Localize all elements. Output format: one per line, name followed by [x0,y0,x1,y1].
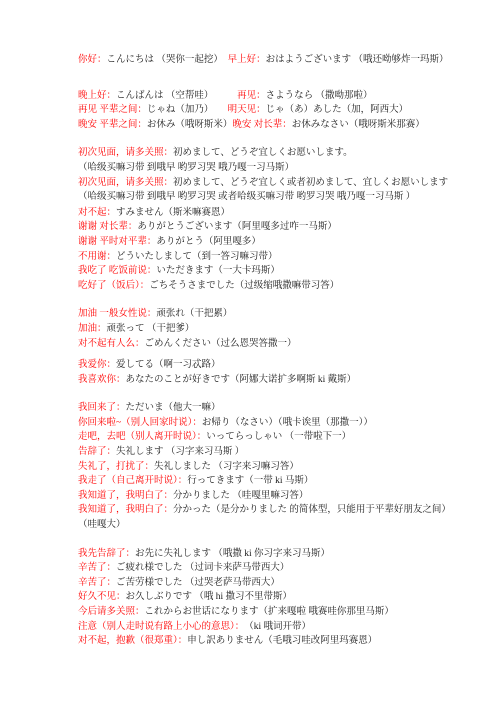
japanese-phonetic-text: 行ってきます（一带 ki 马斯） [187,476,313,486]
phrase-line: 注意（别人走时说有路上小心的意思）： （ki 哦词开带） [78,620,462,635]
japanese-phonetic-text: 分かった（是分かりました 的简体型，只能用于平辈好朋友之间） [173,505,451,515]
phrase-line: 吃好了（饭后）：ごちそうさまでした（过级缩哦撒嘛带习答） [78,279,462,294]
japanese-phonetic-text: ありがとう（阿里嘎多） [156,237,261,247]
phrase-line: 我爱你：爱してる（啊一习忒路） [78,358,462,373]
phrase-line: 加油：顽张って （干把爹） [78,322,462,337]
japanese-phonetic-text: 申し訳ありません（毛哦习哇改阿里玛赛恩） [187,636,377,646]
phrase-line: 对不起：すみません（斯米嘛赛恩） [78,206,462,221]
phrase-line: 告辞了：失礼します （习字来习马斯 ） [78,445,462,460]
japanese-phonetic-text: ごめんください（过么恩哭答撒一） [145,339,297,349]
japanese-phonetic-text: すみません（斯米嘛赛恩） [116,208,230,218]
chinese-label: 你好： [78,55,107,65]
japanese-phonetic-text: （ki 哦词开带） [240,622,312,632]
chinese-label: 我喜欢你： [78,375,126,385]
phrase-block: 加油 一般女性说：顽张れ（干把累）加油：顽张って （干把爹）对不起有人么：ごめん… [78,307,462,351]
chinese-label: 早上好： [228,55,266,65]
chinese-label: 晚安 平辈之间： [78,120,147,130]
japanese-phonetic-text: ごちそうさまでした（过级缩哦撒嘛带习答） [149,281,339,291]
japanese-phonetic-text: いただきます（一大卡玛斯） [156,266,280,276]
phrase-line: 晚上好：こんばんは （空帮哇） 再见：さようなら （撒呦那啦） [78,89,462,104]
phrase-block: 我先告辞了：お先に失礼します （哦撒 ki 你习字来习马斯）辛苦了：ご疲れ様でし… [78,547,462,649]
chinese-label: 初次见面，请多关照： [78,178,173,188]
chinese-label: 我爱你： [78,360,116,370]
phrase-line: 我知道了，我明白了：分かった（是分かりました 的简体型，只能用于平辈好朋友之间） [78,503,462,518]
phrase-line: 再见 平辈之间：じゃね（加乃） 明天见：じゃ（あ）あした（加，阿西大） [78,103,462,118]
japanese-phonetic-text: 初めまして、どうぞ宜しく或者初めまして、宜しくお愿いします [173,178,448,188]
chinese-label: 明天见： [228,105,266,115]
japanese-phonetic-text: こんばんは （空帮哇） [116,91,237,101]
chinese-label: 今后请多关照： [78,607,145,617]
japanese-phonetic-text: お休み（哦呀斯米） [147,120,233,130]
chinese-label: 你回来啦~（别人回家时说）： [78,418,202,428]
phrase-line: 好久不见：お久しぶりです （哦 hi 撒习不里带斯） [78,590,462,605]
phrase-line: 走吧，去吧（别人离开时说）：いってらっしゃい （一带啦下一） [78,430,462,445]
phrase-line: 初次见面，请多关照：初めまして、どうぞ宜しく或者初めまして、宜しくお愿いします [78,176,462,191]
chinese-label: 我走了（自己离开时说）： [78,476,187,486]
japanese-phonetic-text: ありがとうございます（阿里嘎多过咋一马斯） [137,222,337,232]
chinese-label: 辛苦了： [78,563,116,573]
chinese-label: 谢谢 平时对平辈： [78,237,156,247]
japanese-phonetic-text: あなたのことが好きです（阿娜大诺扩多啊斯 ki 戴斯） [126,375,357,385]
chinese-label: 我先告辞了： [78,549,135,559]
chinese-label: 再见 平辈之间： [78,105,147,115]
chinese-label: 我吃了 吃饭前说： [78,266,156,276]
phrase-line: （哈级买嘛习带 到哦早 哟罗习哭 或者哈级买嘛习带 哟罗习哭 哦乃嘎一习马斯 ） [78,190,462,205]
phrase-line: 辛苦了：ご疲れ様でした （过词卡来萨马带西大） [78,561,462,576]
phrase-line: 我喜欢你：あなたのことが好きです（阿娜大诺扩多啊斯 ki 戴斯） [78,373,462,388]
chinese-label: 对不起，抱歉（很郑重）： [78,636,187,646]
japanese-phonetic-text: どういたしまして（到一答习嘛习带） [116,252,278,262]
japanese-phonetic-text: 初めまして、どうぞ宜しくお愿いします。 [173,148,353,158]
document-page: 你好：こんにちは （哭你一起挖） 早上好：おはようございます （哦还呦够炸一玛斯… [0,0,500,707]
phrase-line: 我知道了，我明白了：分かりました （哇嘎里嘛习答） [78,489,462,504]
japanese-phonetic-text: じゃね（加乃） [147,105,228,115]
phrase-block: 初次见面，请多关照：初めまして、どうぞ宜しくお愿いします。（哈级买嘛习带 到哦早… [78,146,462,204]
japanese-phonetic-text: 顽张って （干把爹） [107,324,195,334]
phrase-line: 辛苦了：ご苦劳様でした （过哭老萨马带西大） [78,576,462,591]
chinese-label: 吃好了（饭后）： [78,281,149,291]
phrase-line: 我先告辞了：お先に失礼します （哦撒 ki 你习字来习马斯） [78,547,462,562]
phrase-line: 我回来了：ただいま（他大一嘛） [78,401,462,416]
phrase-line: 晚安 平辈之间：お休み（哦呀斯米）晚安 对长辈：お休みなさい（哦呀斯米那赛） [78,118,462,133]
chinese-label: 晚上好： [78,91,116,101]
phrase-line: 谢谢 对长辈：ありがとうございます（阿里嘎多过咋一马斯） [78,220,462,235]
japanese-phonetic-text: ご苦劳様でした （过哭老萨马带西大） [116,578,280,588]
phrase-document: 你好：こんにちは （哭你一起挖） 早上好：おはようございます （哦还呦够炸一玛斯… [0,0,500,649]
japanese-phonetic-text: これからお世话になります（扩来嘎啦 哦赛哇你那里马斯） [145,607,394,617]
japanese-phonetic-text: 爱してる（啊一习忒路） [116,360,221,370]
chinese-label: 对不起有人么： [78,339,145,349]
phrase-line: 初次见面，请多关照：初めまして、どうぞ宜しくお愿いします。 [78,146,462,161]
chinese-label: 晚安 对长辈： [232,120,291,130]
japanese-phonetic-text: お休みなさい（哦呀斯米那赛） [292,120,425,130]
phrase-line: 你回来啦~（别人回家时说）：お帰り（なさい）（哦卡诶里（那撒一）） [78,416,462,431]
japanese-phonetic-text: ご疲れ様でした （过词卡来萨马带西大） [116,563,289,573]
chinese-label: 加油 一般女性说： [78,309,156,319]
phrase-line: 我吃了 吃饭前说：いただきます（一大卡玛斯） [78,264,462,279]
chinese-label: 不用谢： [78,252,116,262]
phrase-line: 今后请多关照：これからお世话になります（扩来嘎啦 哦赛哇你那里马斯） [78,605,462,620]
japanese-phonetic-text: さようなら （撒呦那啦） [266,91,373,101]
phrase-block: 我爱你：爱してる（啊一习忒路）我喜欢你：あなたのことが好きです（阿娜大诺扩多啊斯… [78,358,462,387]
chinese-label: 告辞了： [78,447,116,457]
phrase-line: 谢谢 平时对平辈：ありがとう（阿里嘎多） [78,235,462,250]
phrase-line: 不用谢：どういたしまして（到一答习嘛习带） [78,250,462,265]
phrase-block: 你好：こんにちは （哭你一起挖） 早上好：おはようございます （哦还呦够炸一玛斯… [78,53,462,68]
japanese-phonetic-text: （哇嘎大） [78,520,126,530]
phrase-line: 失礼了，打扰了：失礼しました （习字来习嘛习答） [78,460,462,475]
chinese-label: 加油： [78,324,107,334]
chinese-label: 走吧，去吧（别人离开时说）： [78,432,206,442]
japanese-phonetic-text: じゃ（あ）あした（加，阿西大） [266,105,409,115]
phrase-block: 对不起：すみません（斯米嘛赛恩）谢谢 对长辈：ありがとうございます（阿里嘎多过咋… [78,206,462,294]
phrase-line: 对不起有人么：ごめんください（过么恩哭答撒一） [78,337,462,352]
chinese-label: 再见： [237,91,266,101]
japanese-phonetic-text: 顽张れ（干把累） [156,309,232,319]
japanese-phonetic-text: いってらっしゃい （一带啦下一） [206,432,351,442]
japanese-phonetic-text: お久しぶりです （哦 hi 撒习不里带斯） [126,592,293,602]
chinese-label: 辛苦了： [78,578,116,588]
phrase-line: （哇嘎大） [78,518,462,533]
phrase-block: 我回来了：ただいま（他大一嘛）你回来啦~（别人回家时说）：お帰り（なさい）（哦卡… [78,401,462,532]
chinese-label: 我知道了，我明白了： [78,491,173,501]
chinese-label: 失礼了，打扰了： [78,462,154,472]
phrase-line: 加油 一般女性说：顽张れ（干把累） [78,307,462,322]
chinese-label: 注意（别人走时说有路上小心的意思）： [78,622,240,632]
japanese-phonetic-text: ただいま（他大一嘛） [126,403,221,413]
chinese-label: 对不起： [78,208,116,218]
phrase-line: 我走了（自己离开时说）：行ってきます（一带 ki 马斯） [78,474,462,489]
phrase-line: （哈级买嘛习带 到哦早 哟罗习哭 哦乃嘎一习马斯） [78,161,462,176]
japanese-phonetic-text: 分かりました （哇嘎里嘛习答） [173,491,308,501]
phrase-line: 对不起，抱歉（很郑重）：申し訳ありません（毛哦习哇改阿里玛赛恩） [78,634,462,649]
japanese-phonetic-text: （哈级买嘛习带 到哦早 哟罗习哭 或者哈级买嘛习带 哟罗习哭 哦乃嘎一习马斯 ） [78,192,415,202]
japanese-phonetic-text: おはようございます （哦还呦够炸一玛斯） [266,55,449,65]
japanese-phonetic-text: お帰り（なさい）（哦卡诶里（那撒一）） [202,418,373,428]
japanese-phonetic-text: 失礼します （习字来习马斯 ） [116,447,244,457]
japanese-phonetic-text: （哈级买嘛习带 到哦早 哟罗习哭 哦乃嘎一习马斯） [78,163,294,173]
chinese-label: 谢谢 对长辈： [78,222,137,232]
chinese-label: 我回来了： [78,403,126,413]
phrase-line: 你好：こんにちは （哭你一起挖） 早上好：おはようございます （哦还呦够炸一玛斯… [78,53,462,68]
chinese-label: 我知道了，我明白了： [78,505,173,515]
chinese-label: 好久不见： [78,592,126,602]
phrase-block: 晚上好：こんばんは （空帮哇） 再见：さようなら （撒呦那啦）再见 平辈之间：じ… [78,89,462,133]
japanese-phonetic-text: お先に失礼します （哦撒 ki 你习字来习马斯） [135,549,330,559]
japanese-phonetic-text: こんにちは （哭你一起挖） [107,55,228,65]
chinese-label: 初次见面，请多关照： [78,148,173,158]
japanese-phonetic-text: 失礼しました （习字来习嘛习答） [154,462,299,472]
